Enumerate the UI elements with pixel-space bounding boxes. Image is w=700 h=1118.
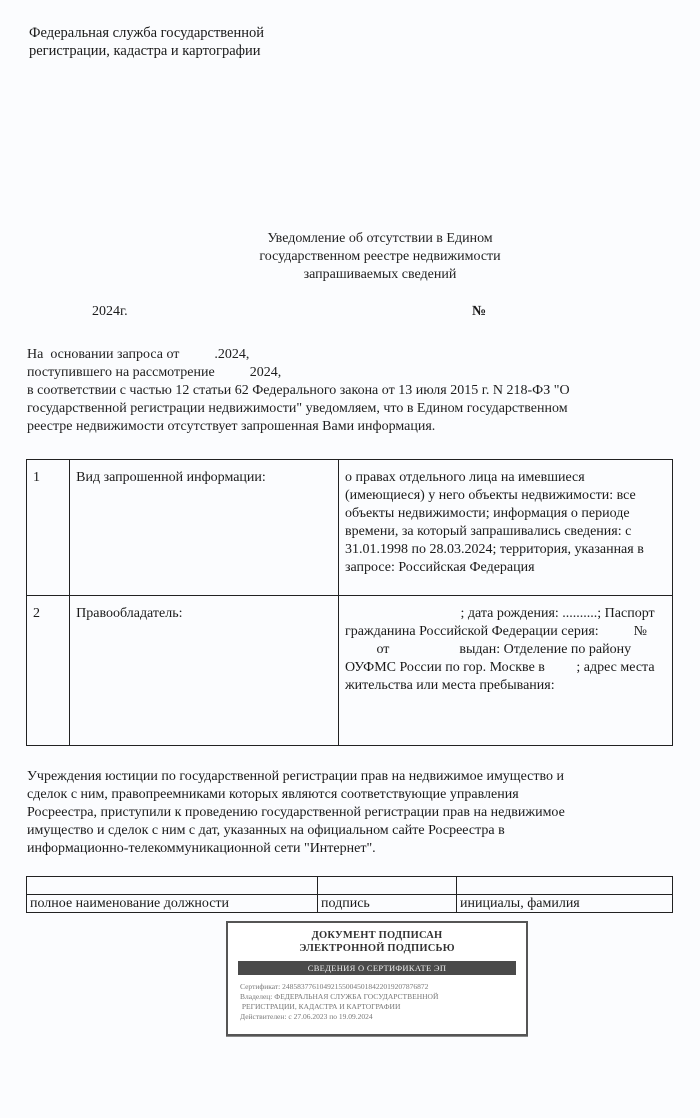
row-number: 2	[27, 596, 70, 746]
position-blank	[27, 877, 318, 895]
position-caption: полное наименование должности	[27, 895, 318, 913]
intro-line: государственной регистрации недвижимости…	[27, 400, 687, 418]
notice-line: имущество и сделок с ним с дат, указанны…	[27, 822, 687, 840]
title-line: государственном реестре недвижимости	[200, 248, 560, 266]
title-line: Уведомление об отсутствии в Едином	[200, 230, 560, 248]
stamp-heading: ДОКУМЕНТ ПОДПИСАН ЭЛЕКТРОННОЙ ПОДПИСЬЮ	[228, 929, 526, 955]
signature-blank	[318, 877, 457, 895]
name-caption: инициалы, фамилия	[457, 895, 673, 913]
signature-table: полное наименование должности подпись ин…	[26, 876, 673, 913]
intro-paragraph: На основании запроса от .2024, поступивш…	[27, 346, 687, 436]
stamp-heading-line: ДОКУМЕНТ ПОДПИСАН	[228, 929, 526, 942]
row-number: 1	[27, 460, 70, 596]
organization-line: Федеральная служба государственной	[29, 24, 264, 42]
notice-line: Учреждения юстиции по государственной ре…	[27, 768, 687, 786]
row-value: о правах отдельного лица на имевшиеся (и…	[338, 460, 672, 596]
organization-name: Федеральная служба государственной регис…	[29, 24, 264, 60]
document-title: Уведомление об отсутствии в Едином госуд…	[200, 230, 560, 284]
signature-caption-row: полное наименование должности подпись ин…	[27, 895, 673, 913]
notice-line: информационно-телекоммуникационной сети …	[27, 840, 687, 858]
notice-line: сделок с ним, правопреемниками которых я…	[27, 786, 687, 804]
certificate-validity: Действителен: с 27.06.2023 по 19.09.2024	[240, 1012, 516, 1022]
row-value: ; дата рождения: ..........; Паспорт гра…	[338, 596, 672, 746]
signature-blank-row	[27, 877, 673, 895]
signature-caption: подпись	[318, 895, 457, 913]
electronic-signature-stamp: ДОКУМЕНТ ПОДПИСАН ЭЛЕКТРОННОЙ ПОДПИСЬЮ С…	[226, 921, 528, 1036]
intro-line: реестре недвижимости отсутствует запроше…	[27, 418, 687, 436]
row-label: Правообладатель:	[70, 596, 339, 746]
stamp-heading-line: ЭЛЕКТРОННОЙ ПОДПИСЬЮ	[228, 942, 526, 955]
intro-line: поступившего на рассмотрение 2024,	[27, 364, 687, 382]
title-line: запрашиваемых сведений	[200, 266, 560, 284]
document-number-label: №	[472, 304, 486, 320]
certificate-owner: Владелец: ФЕДЕРАЛЬНАЯ СЛУЖБА ГОСУДАРСТВЕ…	[240, 992, 516, 1002]
row-label: Вид запрошенной информации:	[70, 460, 339, 596]
table-row: 2 Правообладатель: ; дата рождения: ....…	[27, 596, 673, 746]
table-row: 1 Вид запрошенной информации: о правах о…	[27, 460, 673, 596]
certificate-owner: РЕГИСТРАЦИИ, КАДАСТРА И КАРТОГРАФИИ	[240, 1002, 516, 1012]
intro-line: в соответствии с частью 12 статьи 62 Фед…	[27, 382, 687, 400]
info-table: 1 Вид запрошенной информации: о правах о…	[26, 459, 673, 746]
justice-notice-paragraph: Учреждения юстиции по государственной ре…	[27, 768, 687, 858]
certificate-details: Сертификат: 2485837761049215500450184220…	[240, 982, 516, 1022]
name-blank	[457, 877, 673, 895]
certificate-info-bar: СВЕДЕНИЯ О СЕРТИФИКАТЕ ЭП	[238, 961, 516, 975]
document-date: 2024г.	[92, 304, 128, 320]
notice-line: Росреестра, приступили к проведению госу…	[27, 804, 687, 822]
intro-line: На основании запроса от .2024,	[27, 346, 687, 364]
organization-line: регистрации, кадастра и картографии	[29, 42, 264, 60]
certificate-serial: Сертификат: 2485837761049215500450184220…	[240, 982, 516, 992]
